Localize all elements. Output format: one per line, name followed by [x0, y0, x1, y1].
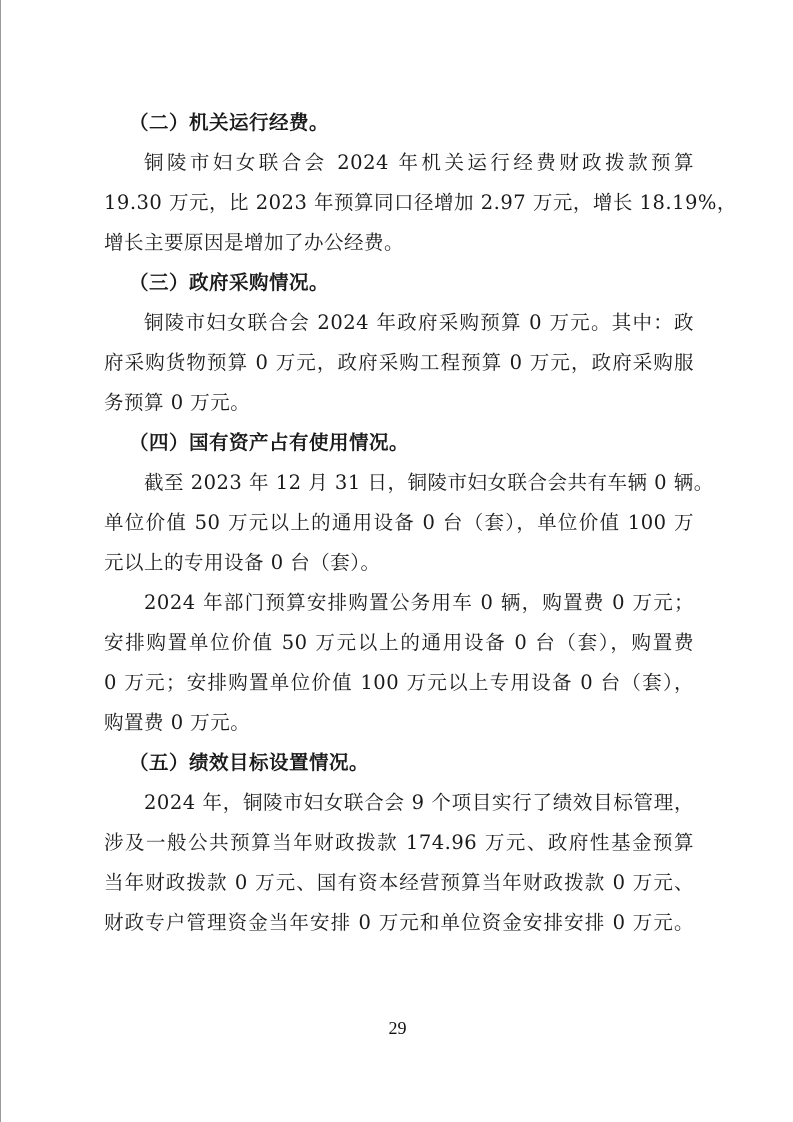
paragraph-line: 0 万元；安排购置单位价值 100 万元以上专用设备 0 台（套）， — [104, 663, 694, 703]
paragraph-line: 增长主要原因是增加了办公经费。 — [104, 223, 694, 263]
paragraph-line: 铜陵市妇女联合会 2024 年政府采购预算 0 万元。其中：政 — [104, 303, 694, 343]
paragraph-line: 安排购置单位价值 50 万元以上的通用设备 0 台（套），购置费 — [104, 623, 694, 663]
section-heading-operating-expenses: （二）机关运行经费。 — [104, 103, 694, 143]
section-heading-performance-targets: （五）绩效目标设置情况。 — [104, 743, 694, 783]
section-heading-government-procurement: （三）政府采购情况。 — [104, 263, 694, 303]
paragraph-performance-targets: 2024 年，铜陵市妇女联合会 9 个项目实行了绩效目标管理， 涉及一般公共预算… — [104, 783, 694, 943]
paragraph-line: 财政专户管理资金当年安排 0 万元和单位资金安排安排 0 万元。 — [104, 903, 694, 943]
paragraph-line: 当年财政拨款 0 万元、国有资本经营预算当年财政拨款 0 万元、 — [104, 863, 694, 903]
paragraph-line: 19.30 万元，比 2023 年预算同口径增加 2.97 万元，增长 18.1… — [104, 183, 694, 223]
document-body: （二）机关运行经费。 铜陵市妇女联合会 2024 年机关运行经费财政拨款预算 1… — [104, 103, 694, 943]
paragraph-state-assets-holdings: 截至 2023 年 12 月 31 日，铜陵市妇女联合会共有车辆 0 辆。 单位… — [104, 463, 694, 583]
paragraph-line: 2024 年部门预算安排购置公务用车 0 辆，购置费 0 万元； — [104, 583, 694, 623]
paragraph-line: 务预算 0 万元。 — [104, 383, 694, 423]
paragraph-line: 元以上的专用设备 0 台（套）。 — [104, 543, 694, 583]
paragraph-line: 2024 年，铜陵市妇女联合会 9 个项目实行了绩效目标管理， — [104, 783, 694, 823]
document-page: （二）机关运行经费。 铜陵市妇女联合会 2024 年机关运行经费财政拨款预算 1… — [0, 0, 793, 1122]
paragraph-line: 涉及一般公共预算当年财政拨款 174.96 万元、政府性基金预算 — [104, 823, 694, 863]
paragraph-government-procurement: 铜陵市妇女联合会 2024 年政府采购预算 0 万元。其中：政 府采购货物预算 … — [104, 303, 694, 423]
section-heading-state-assets: （四）国有资产占有使用情况。 — [104, 423, 694, 463]
paragraph-line: 购置费 0 万元。 — [104, 703, 694, 743]
paragraph-operating-expenses: 铜陵市妇女联合会 2024 年机关运行经费财政拨款预算 19.30 万元，比 2… — [104, 143, 694, 263]
paragraph-line: 单位价值 50 万元以上的通用设备 0 台（套），单位价值 100 万 — [104, 503, 694, 543]
paragraph-line: 铜陵市妇女联合会 2024 年机关运行经费财政拨款预算 — [104, 143, 694, 183]
paragraph-line: 府采购货物预算 0 万元，政府采购工程预算 0 万元，政府采购服 — [104, 343, 694, 383]
paragraph-state-assets-purchase: 2024 年部门预算安排购置公务用车 0 辆，购置费 0 万元； 安排购置单位价… — [104, 583, 694, 743]
paragraph-line: 截至 2023 年 12 月 31 日，铜陵市妇女联合会共有车辆 0 辆。 — [104, 463, 694, 503]
page-number: 29 — [1, 1018, 793, 1039]
